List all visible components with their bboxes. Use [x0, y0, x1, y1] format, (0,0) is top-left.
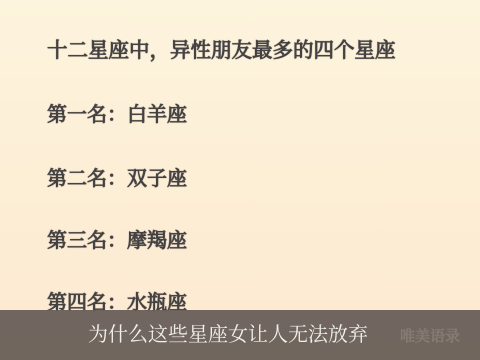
watermark: 唯美语录 — [400, 327, 460, 345]
caption-bar: 为什么这些星座女让人无法放弃 唯美语录 — [0, 310, 480, 360]
slide-title: 十二星座中，异性朋友最多的四个星座 — [47, 38, 396, 62]
ranking-item-3: 第三名：摩羯座 — [47, 228, 187, 252]
ranking-item-1: 第一名：白羊座 — [47, 102, 187, 126]
slide-canvas: 十二星座中，异性朋友最多的四个星座 第一名：白羊座 第二名：双子座 第三名：摩羯… — [0, 0, 480, 360]
caption-text: 为什么这些星座女让人无法放弃 — [88, 321, 368, 347]
ranking-item-2: 第二名：双子座 — [47, 166, 187, 190]
